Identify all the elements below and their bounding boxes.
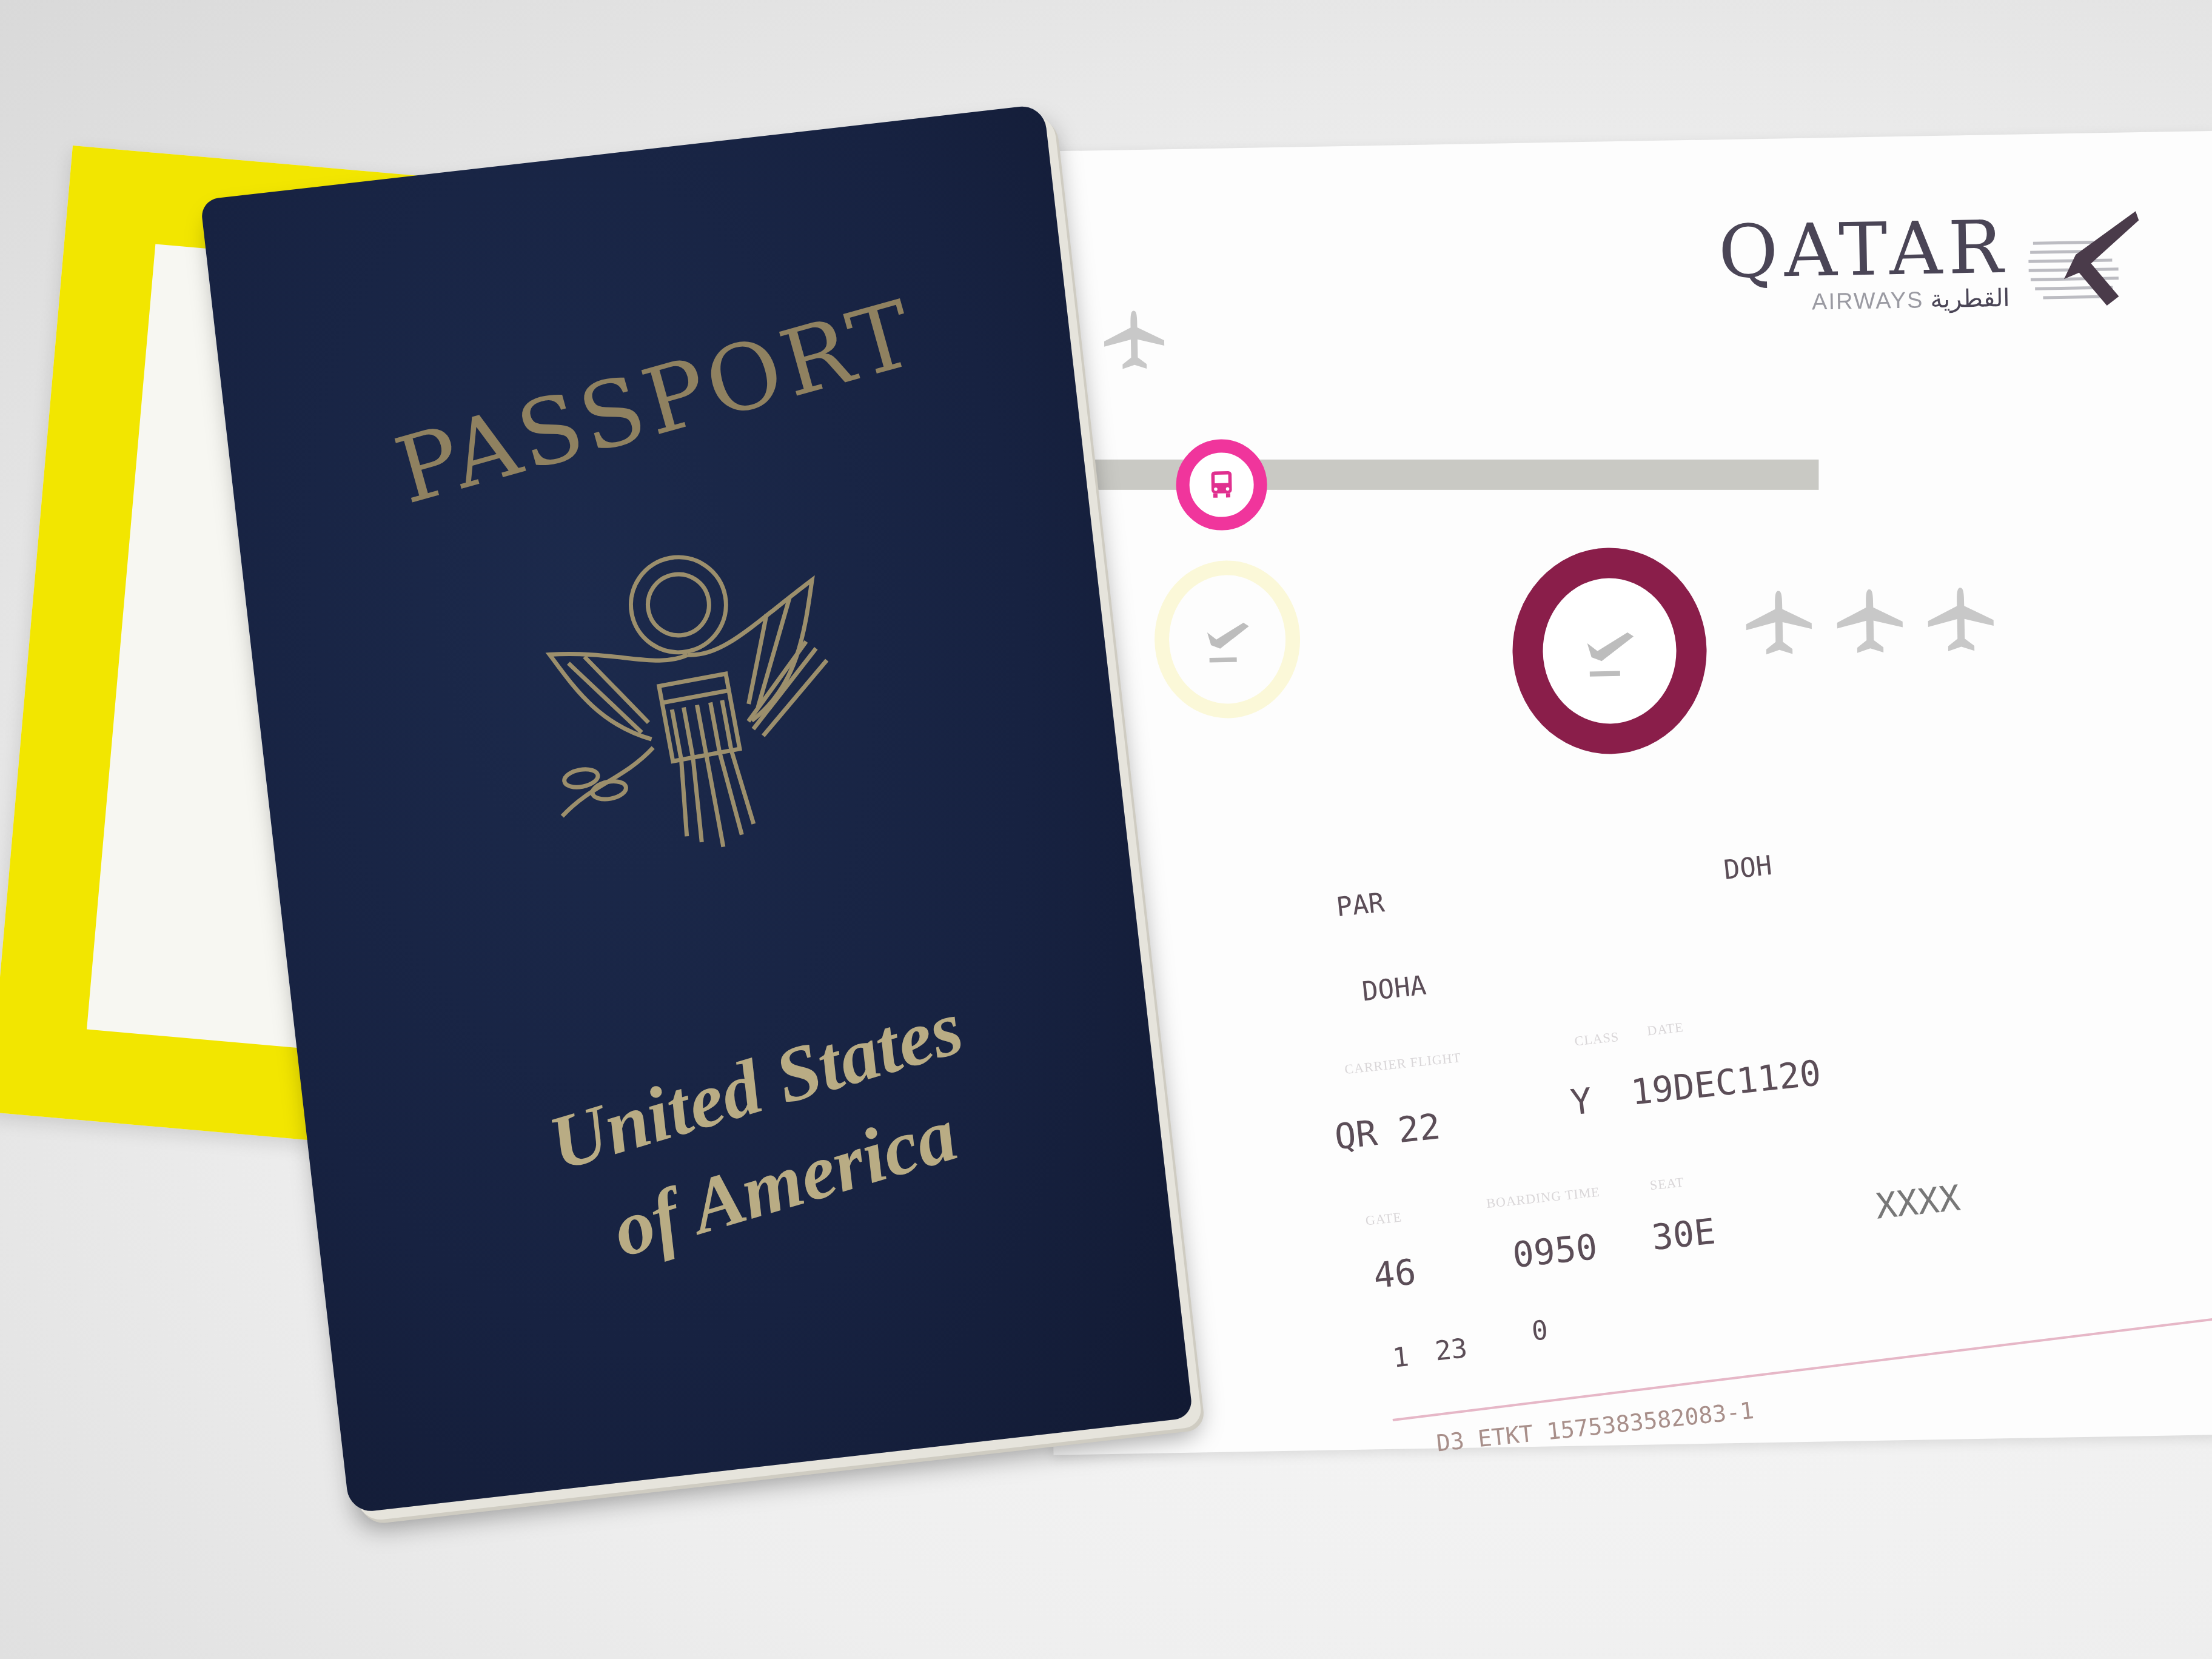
oryx-icon [2020, 205, 2143, 316]
us-passport: PASSPORT United States of America [200, 104, 1193, 1513]
plane-icon [1833, 585, 1907, 659]
airline-subtitle: AIRWAYS [1812, 287, 1924, 315]
plane-icon [1101, 307, 1168, 375]
class-label: CLASS [1574, 1029, 1620, 1050]
gate-value: 46 [1372, 1251, 1418, 1296]
departure-marker-active [1511, 546, 1709, 756]
sequence-value-2: 23 [1433, 1333, 1469, 1367]
plane-icon [1742, 587, 1816, 661]
boarding-time-value: 0950 [1510, 1226, 1599, 1276]
passport-country: United States of America [480, 959, 1061, 1308]
date-label: DATE [1646, 1019, 1684, 1039]
class-value: Y [1569, 1080, 1594, 1123]
gate-label: GATE [1365, 1209, 1403, 1228]
destination-city: DOHA [1361, 970, 1428, 1008]
redacted-field: XXXX [1874, 1177, 1962, 1227]
ticket-number: D3 ETKT 1575383582083-1 [1435, 1397, 1755, 1457]
passport-title: PASSPORT [350, 270, 963, 534]
bus-transfer-marker [1175, 438, 1268, 531]
eagle-seal-icon [499, 507, 895, 903]
seat-label: SEAT [1649, 1175, 1685, 1194]
boarding-time-label: BOARDING TIME [1486, 1184, 1601, 1212]
sequence-value-1: 1 [1391, 1341, 1410, 1373]
photo-scene: QATAR AIRWAYS القطرية [0, 0, 2212, 1659]
airline-arabic-name: القطرية [1930, 284, 2010, 313]
ticket-divider [1393, 1314, 2212, 1421]
departure-icon [1199, 612, 1255, 668]
carrier-flight-label: CARRIER FLIGHT [1344, 1050, 1462, 1078]
date-value: 19DEC1120 [1629, 1052, 1823, 1113]
sequence-value-3: 0 [1530, 1315, 1550, 1347]
bus-icon [1204, 468, 1239, 502]
airline-name: QATAR [1718, 212, 2009, 289]
plane-icon [1924, 583, 1998, 657]
departure-marker-inactive [1153, 559, 1302, 719]
destination-code: DOH [1722, 850, 1773, 886]
origin-city: PAR [1335, 887, 1386, 923]
departure-icon [1579, 620, 1641, 682]
seat-value: 30E [1650, 1211, 1717, 1259]
qatar-airways-logo: QATAR AIRWAYS القطرية [1718, 205, 2143, 321]
boarding-pass: QATAR AIRWAYS القطرية [1031, 131, 2212, 1455]
carrier-flight-value: QR 22 [1333, 1105, 1443, 1158]
